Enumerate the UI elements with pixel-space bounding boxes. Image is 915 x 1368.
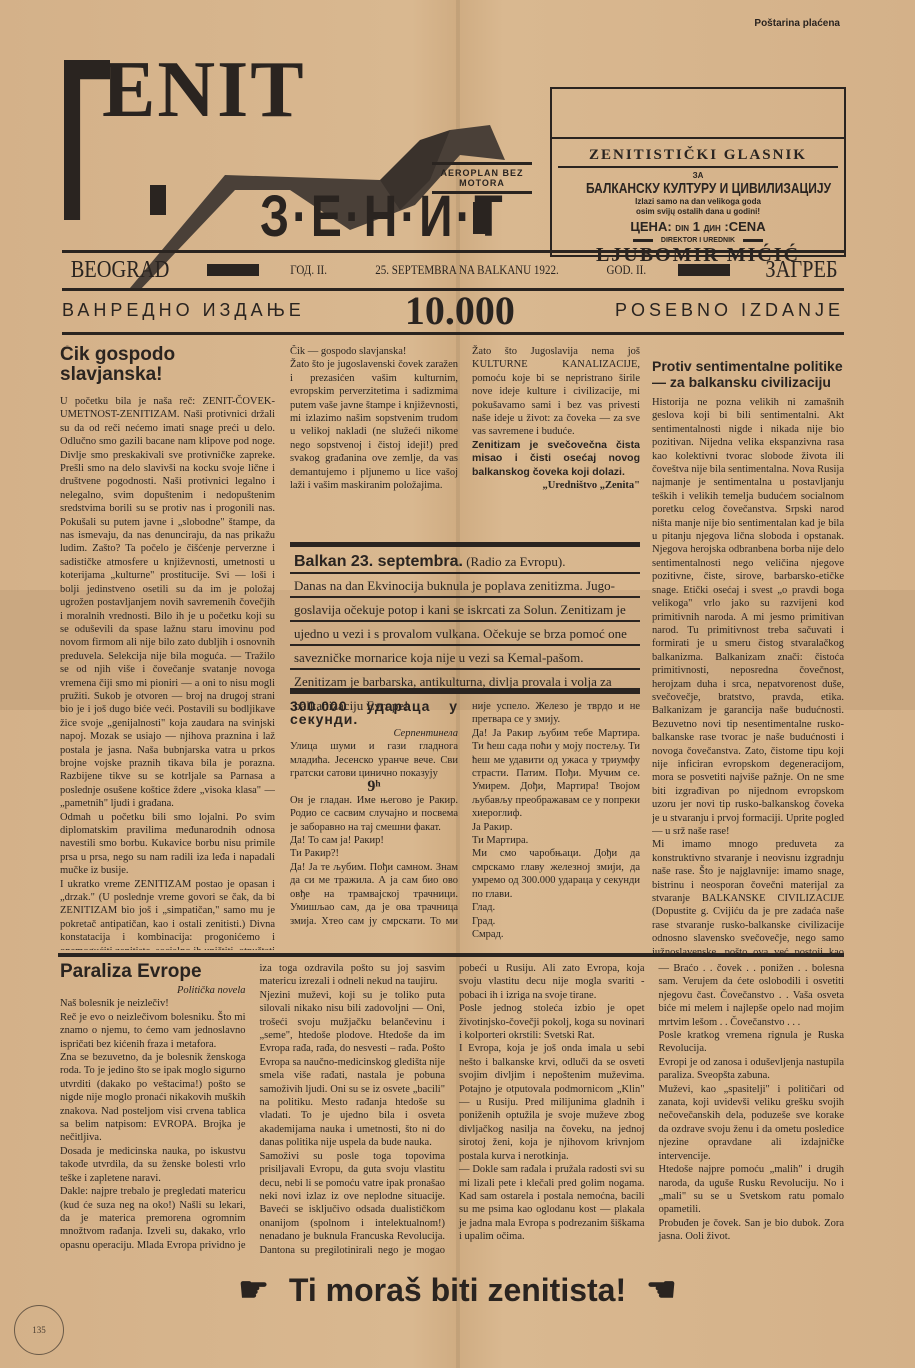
radio-line: ujedno u vezi i s provalom vulkana. Oček…: [290, 622, 640, 646]
paragraph: Улица шуми и гази гладнога младића. Јесе…: [290, 740, 458, 780]
paragraph: Reč je evo o neizlečivom bolesniku. Što …: [60, 1011, 246, 1051]
slogan: ☛ Ti moraš biti zenitista! ☚: [0, 1270, 915, 1310]
glasnik-subtitle: БАЛКАНСКУ КУЛТУРУ И ЦИВИЛИЗАЦИЈУ: [586, 180, 810, 197]
genre-label: Серпентинела: [290, 727, 458, 740]
postage-note: Poštarina plaćena: [754, 18, 840, 29]
paragraph: Historija ne pozna velikih ni zamašnih g…: [652, 396, 844, 838]
paragraph: Htedoše najpre pomoću „malih" i drugih n…: [659, 1163, 845, 1217]
time-marker: 9ʰ: [290, 780, 458, 793]
paragraph-bold: Zenitizam je svečovečna čista misao i či…: [472, 439, 640, 479]
paragraph: Čik — gospodo slavjanska!: [290, 345, 458, 358]
paragraph: Posle jednog stoleća izbio je opet život…: [459, 1002, 645, 1042]
paragraph: Odmah u početku bili smo lojalni. Po svi…: [60, 811, 275, 878]
paragraph: Evropi je od zanosa i oduševljenja nastu…: [659, 1056, 845, 1083]
paragraph: — Dokle sam rađala i pružala radosti svi…: [459, 1163, 645, 1243]
divider: [62, 332, 844, 335]
radio-line: Danas na dan Ekvinocija buknula je popla…: [290, 574, 640, 598]
article-cik-cont: Čik — gospodo slavjanska! Žato što je ju…: [290, 345, 640, 540]
paragraph: Posle kratkog vremena rignula je Ruska R…: [659, 1029, 845, 1056]
paragraph: Да! Ја Ракир љубим тебе Мартира. Ти ћеш …: [472, 727, 640, 821]
paragraph: Ти Ракир?!: [290, 847, 458, 860]
headline-udaraca: 300.000 ударaца у секунди.: [290, 700, 458, 727]
glasnik-title: ZENITISTIČKI GLASNIK: [558, 147, 838, 168]
article-udaraca: 300.000 ударaца у секунди. Серпентинела …: [290, 700, 640, 950]
signature: „Uredništvo „Zenita": [472, 479, 640, 492]
paragraph: Njezini muževi, koji su je toliko puta s…: [260, 989, 446, 1150]
paragraph: I ukratko vreme ZENITIZAM postao je opas…: [60, 878, 275, 950]
edition-right: POSEBNO IZDANJE: [615, 300, 844, 321]
paragraph: Žato što Jugoslavija nema još KULTURNE K…: [472, 345, 640, 439]
city-left: BEOGRAD: [71, 257, 170, 284]
year-cyrillic: ГОД. II.: [290, 262, 327, 278]
headline-paraliza: Paraliza Evrope: [60, 962, 246, 982]
genre-label: Politička novela: [60, 984, 246, 997]
headline-protiv: Protiv sentimentalne politike — za balka…: [652, 358, 844, 390]
paragraph: — Braćo . . čovek . . ponižen . . bolesn…: [659, 962, 845, 1029]
library-stamp: 135: [14, 1305, 64, 1355]
paragraph: Ја Ракир.: [472, 821, 640, 834]
issue-note-1: Izlazi samo na dan velikoga goda: [558, 197, 838, 207]
price-line: ЦЕНА: DIN 1 ДИН :CENA: [558, 219, 838, 234]
paragraph: Глад.: [472, 901, 640, 914]
divider: [290, 542, 640, 547]
paragraph: Zna se bezuvetno, da je bolesnik ženskog…: [60, 1051, 246, 1145]
paragraph: I Evropa, koja je još onda imala u sebi …: [459, 1042, 645, 1163]
edition-number: 10.000: [405, 287, 515, 334]
radio-line: goslavija očekuje potop i kani se iskrca…: [290, 598, 640, 622]
paragraph: Град.: [472, 915, 640, 928]
paragraph: Ти Мартира.: [472, 834, 640, 847]
glasnik-za: ЗА: [558, 171, 838, 180]
slogan-text: Ti moraš biti zenitista!: [289, 1272, 626, 1309]
pointing-hand-left-icon: ☚: [646, 1270, 676, 1310]
article-paraliza: Paraliza Evrope Politička novela Naš bol…: [60, 962, 844, 1262]
city-right: ЗАГРЕБ: [765, 257, 837, 284]
masthead: ENIT AEROPLAN BEZ MOTORA З·Е·Н·И·Т ZENIT…: [60, 40, 845, 250]
radio-line: savezničke mornarice koja nije u vezi sa…: [290, 646, 640, 670]
divider: [62, 250, 844, 253]
radio-title: Balkan 23. septembra. (Radio za Evropu).: [290, 550, 640, 574]
issue-date: 25. SEPTEMBRA NA BALKANU 1922.: [375, 262, 559, 278]
paragraph: Probuđen je čovek. San je bio dubok. Zor…: [659, 1217, 845, 1244]
edition-banner: ВАНРЕДНО ИЗДАЊЕ 10.000 POSEBNO IZDANJE: [62, 290, 844, 330]
dateline: BEOGRAD ГОД. II. 25. SEPTEMBRA NA BALKAN…: [62, 255, 844, 285]
divider: [290, 688, 640, 693]
issue-note-2: osim svijų ostalih dana u godini!: [558, 207, 838, 217]
bar-ornament: [678, 264, 730, 276]
paragraph: Ми смо чаробњаци. Дођи да смрскамо главу…: [472, 847, 640, 901]
paragraph: Žato što je jugoslavenski čovek zaražen …: [290, 358, 458, 492]
paragraph: Да! То сам ја! Ракир!: [290, 834, 458, 847]
divider: [58, 953, 844, 957]
headline-cik: Čik gospodo slavjanska!: [60, 345, 275, 385]
paragraph: Он је гладан. Име његово је Ракир. Родио…: [290, 794, 458, 834]
article-protiv: Protiv sentimentalne politike — za balka…: [652, 358, 844, 953]
edition-left: ВАНРЕДНО ИЗДАЊЕ: [62, 300, 305, 321]
article-cik-col1: Čik gospodo slavjanska! U početku bila j…: [60, 345, 275, 950]
bar-ornament: [207, 264, 259, 276]
title-cyrillic: З·Е·Н·И·Т: [260, 188, 506, 246]
paragraph: Dosada je medicinska nauka, po iskustvu …: [60, 1145, 246, 1185]
paragraph: Naš bolesnik je neizlečiv!: [60, 997, 246, 1010]
paragraph: Mi imamo mnogo preduveta za konstruktivn…: [652, 838, 844, 953]
year-latin: GOD. II.: [607, 262, 647, 278]
pointing-hand-right-icon: ☛: [238, 1270, 268, 1310]
title-latin: ENIT: [102, 50, 306, 130]
paragraph: Muževi, kao „spasitelji" i političari od…: [659, 1083, 845, 1163]
glasnik-box: ZENITISTIČKI GLASNIK ЗА БАЛКАНСКУ КУЛТУР…: [550, 87, 846, 257]
paragraph: U početku bila je naša reč: ZENIT-ČOVEK-…: [60, 395, 275, 811]
paragraph: Смрад.: [472, 928, 640, 941]
